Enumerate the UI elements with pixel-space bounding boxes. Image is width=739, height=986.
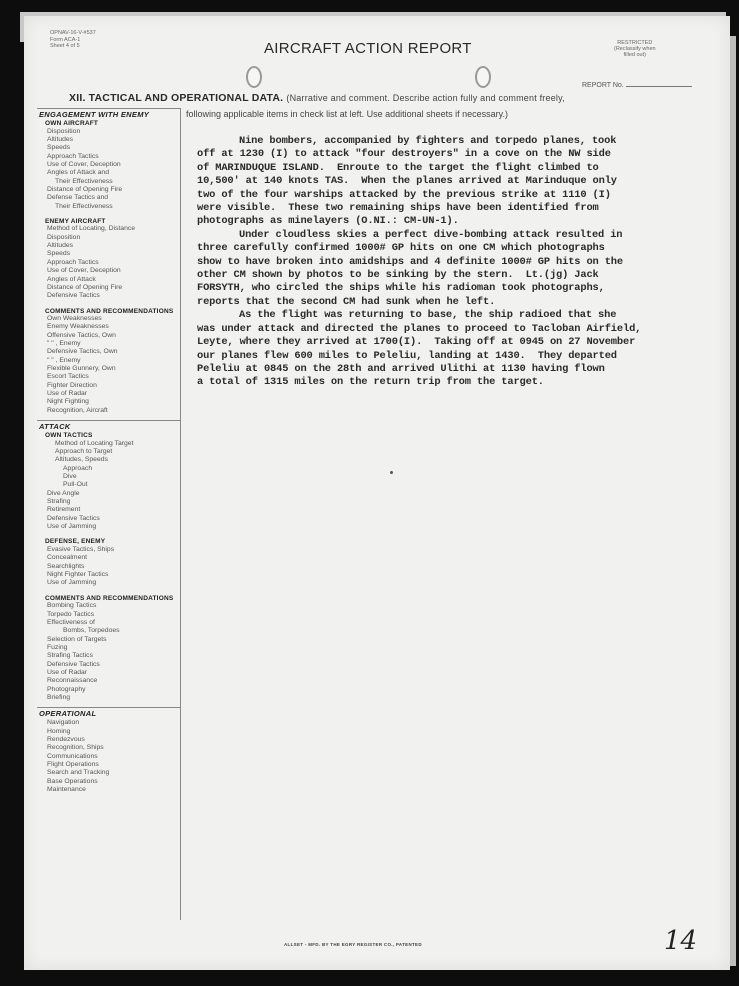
narrative-line: Under cloudless skies a perfect dive-bom… (197, 229, 717, 242)
section-instructions-cont: following applicable items in check list… (186, 109, 508, 119)
checklist-item: Communications (37, 753, 180, 761)
section-heading: XII. TACTICAL AND OPERATIONAL DATA. (Nar… (69, 92, 565, 104)
checklist-subsection-title: ENEMY AIRCRAFT (37, 218, 180, 226)
checklist-item: Rendezvous (37, 736, 180, 744)
checklist-item: Search and Tracking (37, 769, 180, 777)
form-identifier: OPNAV-16-V-#537 Form ACA-1 Sheet 4 of 5 (50, 30, 96, 50)
narrative-line: were visible. These two remaining ships … (197, 202, 717, 215)
form-id-line: Sheet 4 of 5 (50, 43, 96, 50)
checklist-item: Concealment (37, 554, 180, 562)
checklist-item: Photography (37, 686, 180, 694)
checklist-subsection: COMMENTS AND RECOMMENDATIONSBombing Tact… (37, 595, 180, 703)
checklist-item: Approach Tactics (37, 259, 180, 267)
checklist-item: Dive (37, 473, 180, 481)
checklist-group: ENGAGEMENT WITH ENEMYOWN AIRCRAFTDisposi… (37, 108, 180, 420)
checklist-item: Altitudes (37, 136, 180, 144)
report-page: OPNAV-16-V-#537 Form ACA-1 Sheet 4 of 5 … (24, 16, 730, 970)
checklist-item: Use of Radar (37, 669, 180, 677)
checklist-item: Reconnaissance (37, 677, 180, 685)
checklist-subsection-title: COMMENTS AND RECOMMENDATIONS (37, 308, 180, 316)
checklist-item: Enemy Weaknesses (37, 323, 180, 331)
checklist-item: Searchlights (37, 563, 180, 571)
narrative-line: two of the four warships attacked by the… (197, 189, 717, 202)
checklist-item: Effectiveness of (37, 619, 180, 627)
checklist-subsection-title: DEFENSE, ENEMY (37, 538, 180, 546)
checklist-item: Defensive Tactics (37, 292, 180, 300)
narrative-line: Leyte, where they arrived at 1700(I). Ta… (197, 336, 717, 349)
checklist-item: Flexible Gunnery, Own (37, 365, 180, 373)
checklist-item: Retirement (37, 506, 180, 514)
checklist-item: Distance of Opening Fire (37, 186, 180, 194)
checklist-item: Escort Tactics (37, 373, 180, 381)
checklist-item: Distance of Opening Fire (37, 284, 180, 292)
narrative-line: reports that the second CM had sunk when… (197, 296, 717, 309)
checklist-subsection: OWN TACTICSMethod of Locating TargetAppr… (37, 432, 180, 531)
checklist-item: Approach (37, 465, 180, 473)
checklist-item: Night Fighter Tactics (37, 571, 180, 579)
printer-mark: ALLSET - MFD. BY THE EGRY REGISTER CO., … (284, 942, 422, 947)
narrative-line: Nine bombers, accompanied by fighters an… (197, 135, 717, 148)
classification-line: filled out) (614, 52, 656, 58)
checklist-item: Use of Jamming (37, 523, 180, 531)
checklist-item: Speeds (37, 144, 180, 152)
punch-hole-icon (246, 66, 262, 88)
checklist-group: ATTACKOWN TACTICSMethod of Locating Targ… (37, 420, 180, 707)
narrative-line: our planes flew 600 miles to Peleliu, la… (197, 350, 717, 363)
checklist-item: Strafing (37, 498, 180, 506)
checklist-item: Selection of Targets (37, 636, 180, 644)
checklist-subsection: OWN AIRCRAFTDispositionAltitudesSpeedsAp… (37, 120, 180, 211)
check-list-sidebar: ENGAGEMENT WITH ENEMYOWN AIRCRAFTDisposi… (37, 108, 181, 920)
checklist-item: Use of Radar (37, 390, 180, 398)
checklist-item: Offensive Tactics, Own (37, 332, 180, 340)
checklist-item: Defensive Tactics (37, 661, 180, 669)
checklist-group-title: OPERATIONAL (37, 709, 180, 718)
checklist-subsection: DEFENSE, ENEMYEvasive Tactics, ShipsConc… (37, 538, 180, 587)
checklist-item: " " , Enemy (37, 340, 180, 348)
checklist-item: Use of Cover, Deception (37, 267, 180, 275)
checklist-item: Disposition (37, 234, 180, 242)
checklist-item: Base Operations (37, 778, 180, 786)
checklist-item: Bombs, Torpedoes (37, 627, 180, 635)
checklist-item: Briefing (37, 694, 180, 702)
report-number-value[interactable] (626, 86, 692, 87)
checklist-item: Recognition, Ships (37, 744, 180, 752)
checklist-subsection: NavigationHomingRendezvousRecognition, S… (37, 719, 180, 794)
checklist-item: Angles of Attack (37, 276, 180, 284)
checklist-item: Pull-Out (37, 481, 180, 489)
narrative-line: photographs as minelayers (O.NI.: CM-UN-… (197, 215, 717, 228)
checklist-group: OPERATIONALNavigationHomingRendezvousRec… (37, 707, 180, 799)
narrative-line: FORSYTH, who circled the ships while his… (197, 282, 717, 295)
narrative-line: other CM shown by photos to be sinking b… (197, 269, 717, 282)
checklist-item: Approach to Target (37, 448, 180, 456)
form-title: AIRCRAFT ACTION REPORT (264, 40, 472, 57)
checklist-item: Method of Locating Target (37, 440, 180, 448)
section-instructions: (Narrative and comment. Describe action … (286, 93, 564, 103)
checklist-item: Maintenance (37, 786, 180, 794)
checklist-item: Angles of Attack and (37, 169, 180, 177)
checklist-item: Their Effectiveness (37, 178, 180, 186)
narrative-line: show to have broken into amidships and 4… (197, 256, 717, 269)
checklist-subsection-title: OWN AIRCRAFT (37, 120, 180, 128)
checklist-item: Torpedo Tactics (37, 611, 180, 619)
narrative-line: a total of 1315 miles on the return trip… (197, 376, 717, 389)
checklist-item: Fuzing (37, 644, 180, 652)
narrative-line: 10,500' at 140 knots TAS. When the plane… (197, 175, 717, 188)
report-number-field[interactable]: REPORT No. (582, 82, 692, 89)
classification-stamp: RESTRICTED (Reclassify when filled out) (614, 40, 656, 58)
narrative-line: was under attack and directed the planes… (197, 323, 717, 336)
narrative-line: Peleliu at 0845 on the 28th and arrived … (197, 363, 717, 376)
checklist-item: Approach Tactics (37, 153, 180, 161)
checklist-item: Use of Jamming (37, 579, 180, 587)
checklist-item: Method of Locating, Distance (37, 225, 180, 233)
checklist-item: Defensive Tactics (37, 515, 180, 523)
narrative-line: three carefully confirmed 1000# GP hits … (197, 242, 717, 255)
handwritten-page-number: 14 (664, 926, 697, 956)
checklist-item: Defense Tactics and (37, 194, 180, 202)
page-edge (730, 36, 736, 966)
checklist-item: Bombing Tactics (37, 602, 180, 610)
checklist-subsection-title: OWN TACTICS (37, 432, 180, 440)
checklist-subsection: ENEMY AIRCRAFTMethod of Locating, Distan… (37, 218, 180, 301)
checklist-item: Use of Cover, Deception (37, 161, 180, 169)
report-number-label: REPORT No. (582, 82, 624, 89)
checklist-item: Their Effectiveness (37, 203, 180, 211)
checklist-item: Night Fighting (37, 398, 180, 406)
section-title: XII. TACTICAL AND OPERATIONAL DATA. (69, 92, 283, 104)
checklist-item: Altitudes (37, 242, 180, 250)
paper-speck (390, 471, 393, 474)
checklist-item: Defensive Tactics, Own (37, 348, 180, 356)
checklist-item: Homing (37, 728, 180, 736)
checklist-group-title: ENGAGEMENT WITH ENEMY (37, 110, 180, 119)
checklist-subsection: COMMENTS AND RECOMMENDATIONSOwn Weakness… (37, 308, 180, 416)
checklist-item: Flight Operations (37, 761, 180, 769)
checklist-item: " " , Enemy (37, 357, 180, 365)
checklist-item: Strafing Tactics (37, 652, 180, 660)
checklist-item: Disposition (37, 128, 180, 136)
checklist-item: Recognition, Aircraft (37, 407, 180, 415)
checklist-item: Speeds (37, 250, 180, 258)
narrative-line: As the flight was returning to base, the… (197, 309, 717, 322)
checklist-subsection-title: COMMENTS AND RECOMMENDATIONS (37, 595, 180, 603)
narrative-line: of MARINDUQUE ISLAND. Enroute to the tar… (197, 162, 717, 175)
punch-hole-icon (475, 66, 491, 88)
narrative-text: Nine bombers, accompanied by fighters an… (197, 135, 717, 390)
form-id-line: OPNAV-16-V-#537 (50, 30, 96, 37)
checklist-item: Dive Angle (37, 490, 180, 498)
checklist-item: Evasive Tactics, Ships (37, 546, 180, 554)
checklist-item: Own Weaknesses (37, 315, 180, 323)
checklist-item: Altitudes, Speeds (37, 456, 180, 464)
narrative-line: off at 1230 (I) to attack "four destroye… (197, 148, 717, 161)
checklist-group-title: ATTACK (37, 422, 180, 431)
checklist-item: Fighter Direction (37, 382, 180, 390)
checklist-item: Navigation (37, 719, 180, 727)
